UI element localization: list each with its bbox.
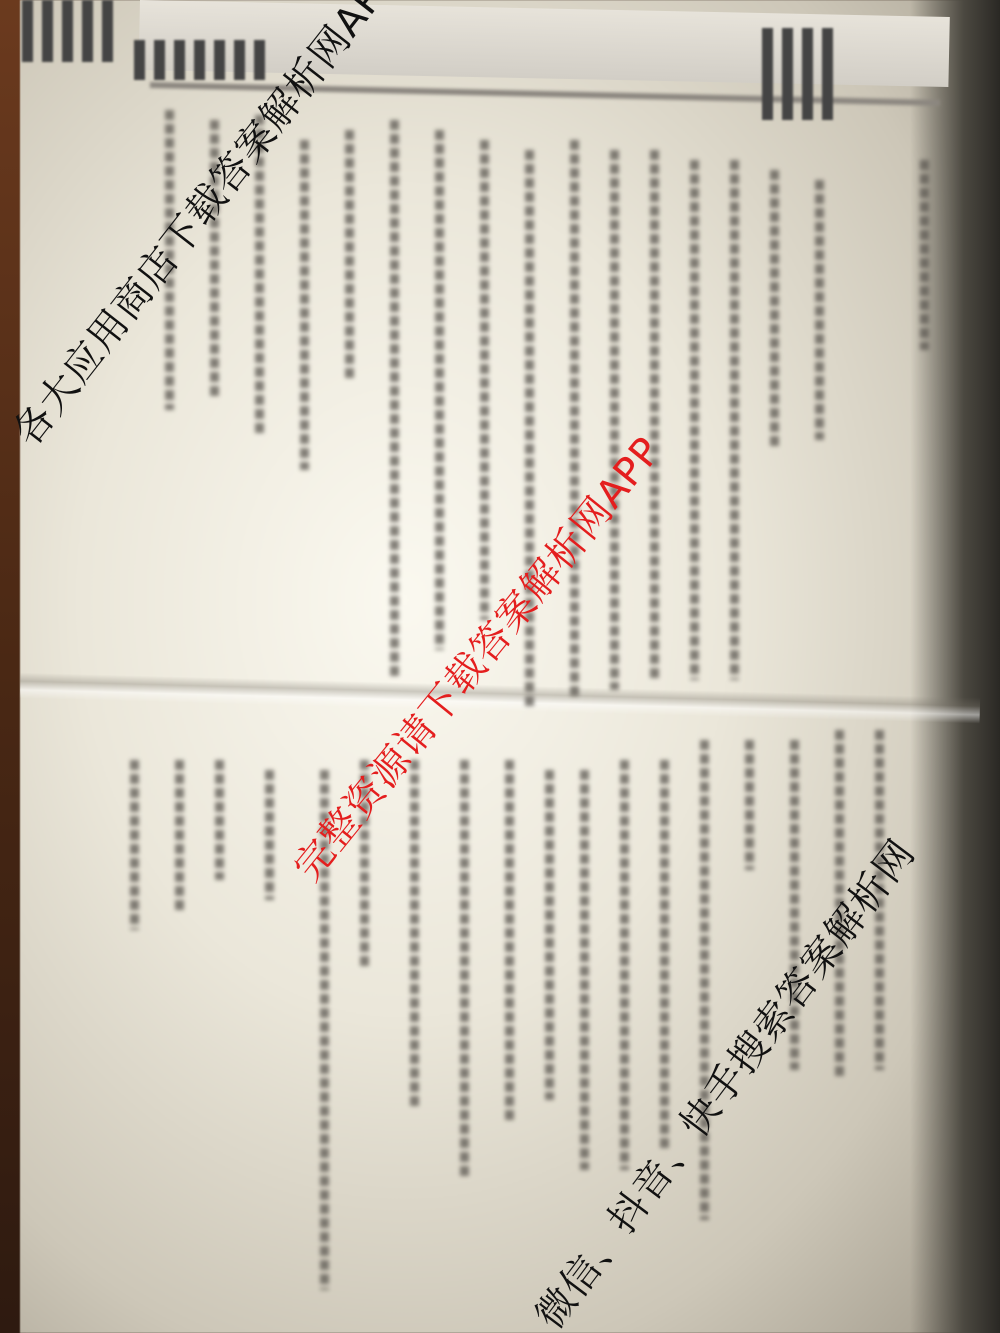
blurred-text-line: [215, 760, 224, 880]
blurred-text-line: [130, 760, 139, 930]
blurred-text-line: [505, 760, 514, 1120]
blurred-text-line: [815, 180, 824, 440]
blurred-text-line: [620, 760, 629, 1170]
blurred-text-line: [545, 770, 554, 1100]
blurred-text-line: [660, 760, 669, 1150]
blurred-text-line: [460, 760, 469, 1180]
blurred-text-line: [345, 130, 354, 380]
blurred-text-line: [745, 740, 754, 870]
blurred-text-line: [770, 170, 779, 450]
blurred-text-line: [570, 140, 579, 700]
alignment-marks-right: [762, 28, 833, 120]
blurred-text-line: [610, 150, 619, 690]
blurred-text-line: [265, 770, 274, 900]
blurred-text-line: [390, 120, 399, 680]
blurred-text-line: [410, 760, 419, 1110]
blurred-text-line: [435, 130, 444, 650]
blurred-text-line: [650, 150, 659, 680]
blurred-text-line: [175, 760, 184, 910]
blurred-text-line: [580, 770, 589, 1170]
blurred-text-line: [730, 160, 739, 680]
blurred-text-line: [300, 140, 309, 470]
blurred-text-line: [480, 140, 489, 620]
blurred-text-line: [690, 160, 699, 680]
alignment-marks-left-2: [134, 40, 265, 80]
alignment-marks-left: [22, 0, 113, 62]
blurred-text-line: [920, 160, 929, 350]
